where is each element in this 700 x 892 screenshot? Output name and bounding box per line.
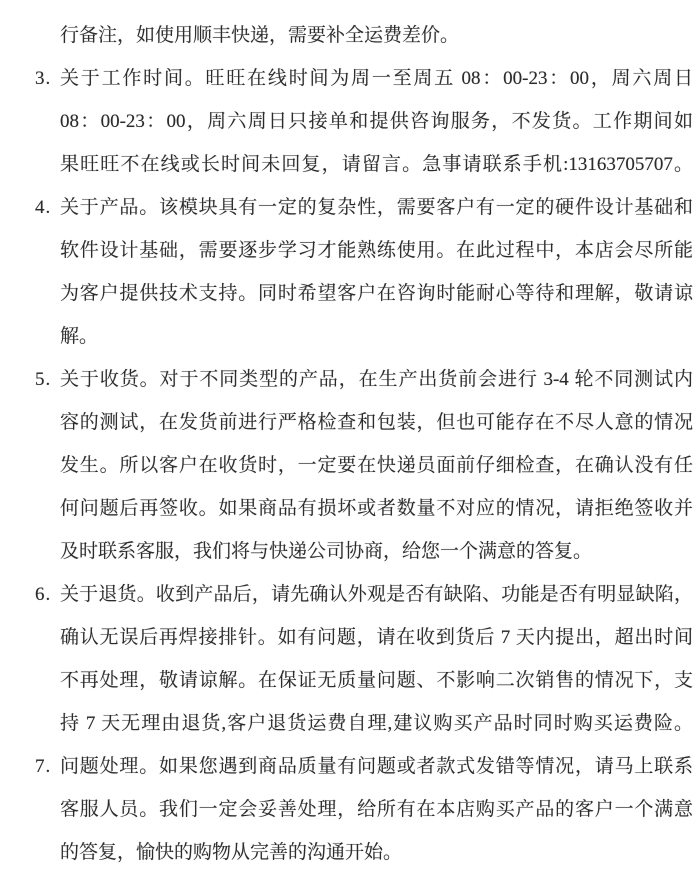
text-line: 确认无误后再焊接排针。如有问题，请在收到货后 7 天内提出，超出时间 [60,616,693,659]
text-line: 的答复，愉快的购物从完善的沟通开始。 [60,831,693,874]
text-line: 发生。所以客户在收货时，一定要在快递员面前仔细检查，在确认没有任 [60,444,693,487]
text-line: 关于收货。对于不同类型的产品，在生产出货前会进行 3-4 轮不同测试内 [60,358,693,401]
text-line: 何问题后再签收。如果商品有损坏或者数量不对应的情况，请拒绝签收并 [60,487,693,530]
item-number: 3. [35,57,60,100]
text-line: 08：00-23：00，周六周日只接单和提供咨询服务，不发货。工作期间如 [60,100,693,143]
text-line-phone: 果旺旺不在线或长时间未回复，请留言。急事请联系手机:13163705707。 [60,143,693,186]
text-line: 为客户提供技术支持。同时希望客户在咨询时能耐心等待和理解，敬请谅 [60,272,693,315]
text-line: 及时联系客服，我们将与快递公司协商，给您一个满意的答复。 [60,530,693,573]
text-line: 软件设计基础，需要逐步学习才能熟练使用。在此过程中，本店会尽所能 [60,229,693,272]
text-line: 关于退货。收到产品后，请先确认外观是否有缺陷、功能是否有明显缺陷， [60,573,693,616]
item-number: 6. [35,573,60,616]
notice-item-5-receiving: 5. 关于收货。对于不同类型的产品，在生产出货前会进行 3-4 轮不同测试内 容… [35,358,693,573]
text-line: 关于产品。该模块具有一定的复杂性，需要客户有一定的硬件设计基础和 [60,186,693,229]
notice-item-2-continuation: 行备注，如使用顺丰快递，需要补全运费差价。 [35,14,693,57]
text-line: 持 7 天无理由退货,客户退货运费自理,建议购买产品时同时购买运费险。 [60,702,693,745]
text-line: 解。 [60,315,693,358]
text-line: 容的测试，在发货前进行严格检查和包装，但也可能存在不尽人意的情况 [60,401,693,444]
notice-item-3-working-hours: 3. 关于工作时间。旺旺在线时间为周一至周五 08：00-23：00，周六周日 … [35,57,693,186]
item-number: 7. [35,745,60,788]
notice-item-7-problem-handling: 7. 问题处理。如果您遇到商品质量有问题或者款式发错等情况，请马上联系 客服人员… [35,745,693,874]
text-line: 关于工作时间。旺旺在线时间为周一至周五 08：00-23：00，周六周日 [60,57,693,100]
text-line: 问题处理。如果您遇到商品质量有问题或者款式发错等情况，请马上联系 [60,745,693,788]
text-line: 不再处理，敬请谅解。在保证无质量问题、不影响二次销售的情况下，支 [60,659,693,702]
text-line: 客服人员。我们一定会妥善处理，给所有在本店购买产品的客户一个满意 [60,788,693,831]
notice-item-6-returns: 6. 关于退货。收到产品后，请先确认外观是否有缺陷、功能是否有明显缺陷， 确认无… [35,573,693,745]
text-line: 行备注，如使用顺丰快递，需要补全运费差价。 [60,14,693,57]
notice-document: 行备注，如使用顺丰快递，需要补全运费差价。 3. 关于工作时间。旺旺在线时间为周… [0,0,700,874]
notice-item-4-product: 4. 关于产品。该模块具有一定的复杂性，需要客户有一定的硬件设计基础和 软件设计… [35,186,693,358]
item-number: 4. [35,186,60,229]
item-number: 5. [35,358,60,401]
